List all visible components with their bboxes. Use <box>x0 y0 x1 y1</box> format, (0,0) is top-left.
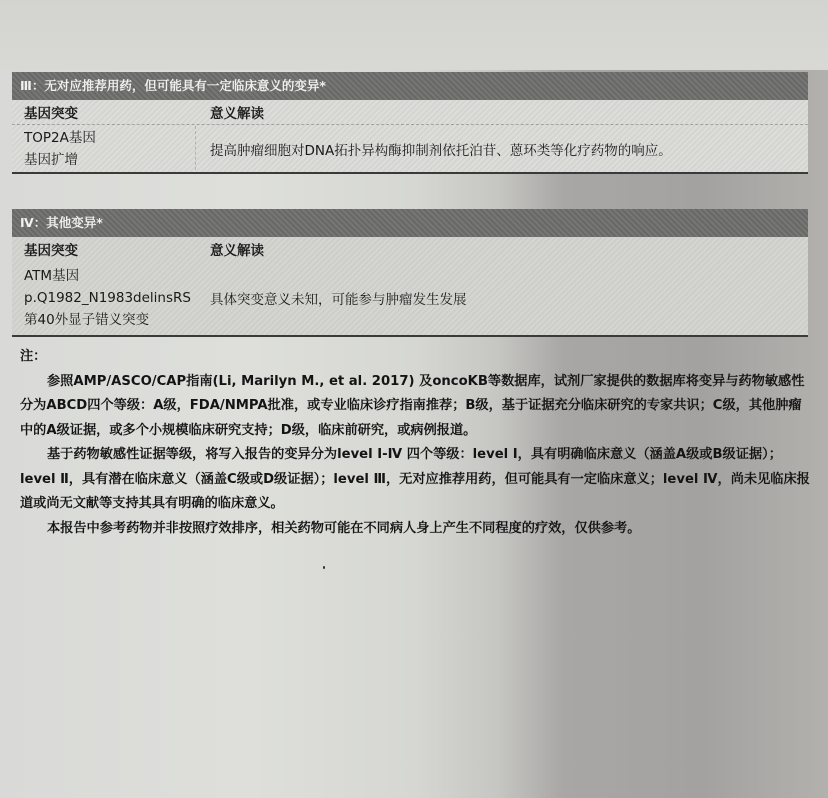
note-paragraph-evidence-levels: 参照AMP/ASCO/CAP指南(Li, Marilyn M., et al. … <box>20 370 810 444</box>
column-header-interpretation: 意义解读 <box>195 239 264 259</box>
gene-line: 基因扩增 <box>24 149 195 171</box>
table-header-row: 基因突变 意义解读 <box>12 100 808 124</box>
section-level-4: Ⅳ：其他变异* 基因突变 意义解读 ATM基因 p.Q1982_N1983del… <box>12 209 808 337</box>
note-paragraph-disclaimer: 本报告中参考药物并非按照疗效排序，相关药物可能在不同病人身上产生不同程度的疗效，… <box>20 517 810 542</box>
page-background-top <box>0 0 828 70</box>
section-level-4-table: 基因突变 意义解读 ATM基因 p.Q1982_N1983delinsRS 第4… <box>12 237 808 337</box>
column-divider <box>195 126 196 170</box>
interpretation-cell: 提高肿瘤细胞对DNA拓扑异构酶抑制剂依托泊苷、蒽环类等化疗药物的响应。 <box>195 139 672 159</box>
section-level-3-table: 基因突变 意义解读 TOP2A基因 基因扩增 提高肿瘤细胞对DNA拓扑异构酶抑制… <box>12 100 808 174</box>
notes-block: 注： 参照AMP/ASCO/CAP指南(Li, Marilyn M., et a… <box>20 345 810 541</box>
gene-line: TOP2A基因 <box>24 127 195 149</box>
column-header-gene-mutation: 基因突变 <box>12 239 195 259</box>
column-header-interpretation: 意义解读 <box>195 102 264 122</box>
gene-mutation-cell: TOP2A基因 基因扩增 <box>12 127 195 171</box>
note-paragraph-variant-levels: 基于药物敏感性证据等级，将写入报告的变异分为level Ⅰ-Ⅳ 四个等级：lev… <box>20 443 810 517</box>
table-row: ATM基因 p.Q1982_N1983delinsRS 第40外显子错义突变 具… <box>12 261 808 335</box>
column-header-gene-mutation: 基因突变 <box>12 102 195 122</box>
gene-mutation-cell: ATM基因 p.Q1982_N1983delinsRS 第40外显子错义突变 <box>12 265 195 331</box>
gene-line: ATM基因 <box>24 265 195 287</box>
section-level-3: Ⅲ：无对应推荐用药，但可能具有一定临床意义的变异* 基因突变 意义解读 TOP2… <box>12 72 808 174</box>
section-level-3-header: Ⅲ：无对应推荐用药，但可能具有一定临床意义的变异* <box>12 72 808 100</box>
gene-line: 第40外显子错义突变 <box>24 309 195 331</box>
interpretation-cell: 具体突变意义未知，可能参与肿瘤发生发展 <box>195 288 467 308</box>
section-level-4-header: Ⅳ：其他变异* <box>12 209 808 237</box>
paper-speck <box>323 566 325 569</box>
gene-line: p.Q1982_N1983delinsRS <box>24 287 195 309</box>
table-header-row: 基因突变 意义解读 <box>12 237 808 261</box>
notes-label: 注： <box>20 345 810 370</box>
table-row: TOP2A基因 基因扩增 提高肿瘤细胞对DNA拓扑异构酶抑制剂依托泊苷、蒽环类等… <box>12 126 808 172</box>
